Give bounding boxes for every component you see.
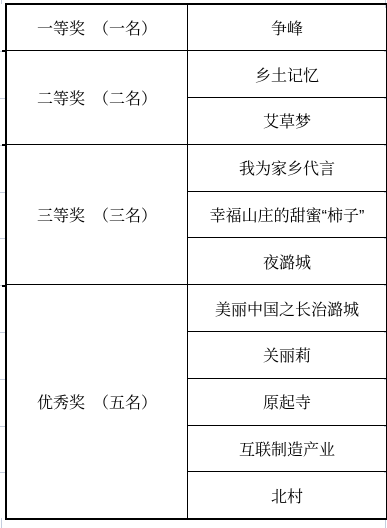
entry-cell: 北村 — [188, 472, 387, 519]
award-table-body: 一等奖 （一名） 争峰 二等奖 （二名） 乡土记忆 艾草梦 三等奖 （三名） 我… — [6, 4, 387, 519]
entry-cell: 美丽中国之长治潞城 — [188, 285, 387, 332]
tier-award-cell: 二等奖 （二名） — [6, 51, 188, 145]
entry-cell: 争峰 — [188, 4, 387, 51]
table-row: 一等奖 （一名） 争峰 — [6, 4, 387, 51]
tier-award-cell: 一等奖 （一名） — [6, 4, 188, 51]
table-row: 优秀奖 （五名） 美丽中国之长治潞城 — [6, 285, 387, 332]
table-row: 三等奖 （三名） 我为家乡代言 — [6, 144, 387, 191]
tier-award-cell: 三等奖 （三名） — [6, 144, 188, 284]
entry-cell: 关丽莉 — [188, 332, 387, 379]
award-table: 一等奖 （一名） 争峰 二等奖 （二名） 乡土记忆 艾草梦 三等奖 （三名） 我… — [5, 3, 387, 520]
spreadsheet-canvas: 一等奖 （一名） 争峰 二等奖 （二名） 乡土记忆 艾草梦 三等奖 （三名） 我… — [0, 0, 387, 528]
gridline-stub-top-left — [1, 0, 2, 4]
tier-award-cell: 优秀奖 （五名） — [6, 285, 188, 519]
entry-cell: 幸福山庄的甜蜜“柿子” — [188, 191, 387, 238]
entry-cell: 我为家乡代言 — [188, 144, 387, 191]
entry-cell: 夜潞城 — [188, 238, 387, 285]
entry-cell: 原起寺 — [188, 378, 387, 425]
entry-cell: 乡土记忆 — [188, 51, 387, 98]
entry-cell: 互联制造产业 — [188, 425, 387, 472]
entry-cell: 艾草梦 — [188, 98, 387, 145]
table-row: 二等奖 （二名） 乡土记忆 — [6, 51, 387, 98]
gridline-stub-bottom-left — [1, 518, 2, 528]
